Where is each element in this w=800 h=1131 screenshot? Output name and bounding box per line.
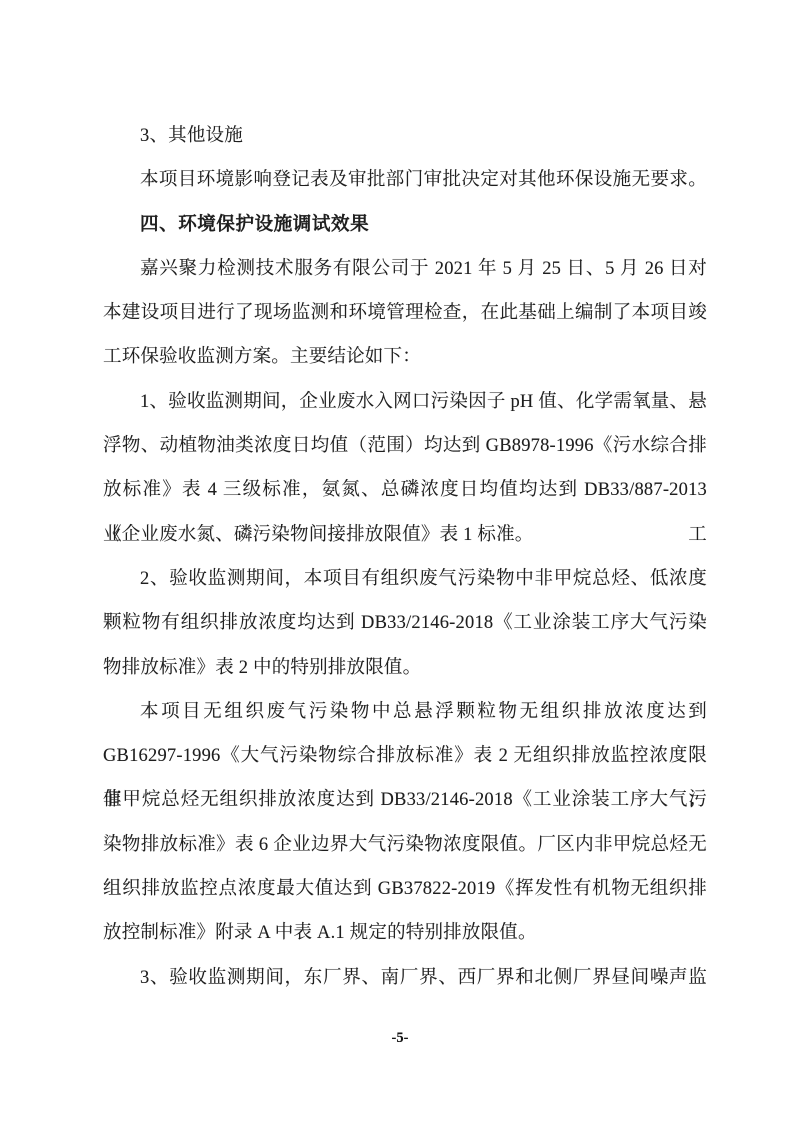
paragraph-line: 1、验收监测期间，企业废水入网口污染因子 pH 值、化学需氧量、悬 xyxy=(103,380,707,424)
paragraph-line: 本项目环境影响登记表及审批部门审批决定对其他环保设施无要求。 xyxy=(103,158,707,202)
paragraph-line: 本建设项目进行了现场监测和环境管理检查，在此基础上编制了本项目竣 xyxy=(103,291,707,335)
page-number: -5- xyxy=(0,1026,800,1050)
document-body: 3、其他设施 本项目环境影响登记表及审批部门审批决定对其他环保设施无要求。 四、… xyxy=(103,114,707,1000)
document-page: 3、其他设施 本项目环境影响登记表及审批部门审批决定对其他环保设施无要求。 四、… xyxy=(0,0,800,1131)
paragraph-line: 3、验收监测期间，东厂界、南厂界、西厂界和北侧厂界昼间噪声监 xyxy=(103,956,707,1000)
paragraph-line: 非甲烷总烃无组织排放浓度达到 DB33/2146-2018《工业涂装工序大气污 xyxy=(103,778,707,822)
paragraph-line: 颗粒物有组织排放浓度均达到 DB33/2146-2018《工业涂装工序大气污染 xyxy=(103,601,707,645)
paragraph-line: 浮物、动植物油类浓度日均值（范围）均达到 GB8978-1996《污水综合排 xyxy=(103,424,707,468)
section-heading-debug-effect: 四、环境保护设施调试效果 xyxy=(103,203,707,247)
paragraph-line: 2、验收监测期间，本项目有组织废气污染物中非甲烷总烃、低浓度 xyxy=(103,557,707,601)
paragraph-line: 放控制标准》附录 A 中表 A.1 规定的特别排放限值。 xyxy=(103,911,707,955)
paragraph-line: 放标准》表 4 三级标准，氨氮、总磷浓度日均值均达到 DB33/887-2013… xyxy=(103,468,707,512)
paragraph-line: 嘉兴聚力检测技术服务有限公司于 2021 年 5 月 25 日、5 月 26 日… xyxy=(103,247,707,291)
paragraph-line: 本项目无组织废气污染物中总悬浮颗粒物无组织排放浓度达到 xyxy=(103,690,707,734)
paragraph-line: 工环保验收监测方案。主要结论如下： xyxy=(103,335,707,379)
paragraph-line: GB16297-1996《大气污染物综合排放标准》表 2 无组织排放监控浓度限值… xyxy=(103,734,707,778)
paragraph-line: 物排放标准》表 2 中的特别排放限值。 xyxy=(103,646,707,690)
subsection-heading-other-facilities: 3、其他设施 xyxy=(103,114,707,158)
paragraph-line: 组织排放监控点浓度最大值达到 GB37822-2019《挥发性有机物无组织排 xyxy=(103,867,707,911)
paragraph-line: 染物排放标准》表 6 企业边界大气污染物浓度限值。厂区内非甲烷总烃无 xyxy=(103,823,707,867)
